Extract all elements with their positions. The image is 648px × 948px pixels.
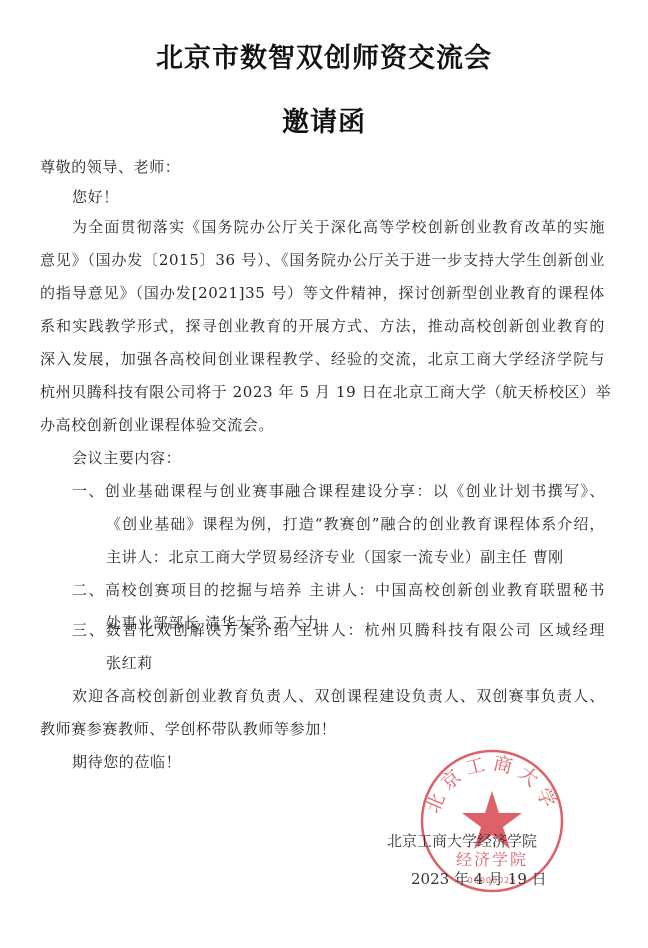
agenda-line: 《创业基础》课程为例，打造“教赛创”融合的创业教育课程体系介绍， xyxy=(106,514,605,534)
agenda-heading: 会议主要内容： xyxy=(72,448,637,468)
agenda-line: 二、高校创赛项目的挖掘与培养 主讲人：中国高校创新创业教育联盟秘书 xyxy=(72,580,605,600)
intro-line: 系和实践教学形式，探寻创业教育的开展方式、方法，推动高校创新创业教育的 xyxy=(40,316,605,336)
signature-date: 2023 年 4 月 19 日 xyxy=(411,869,547,889)
signature-org: 北京工商大学经济学院 xyxy=(387,831,537,851)
agenda-line: 一、创业基础课程与创业赛事融合课程建设分享：以《创业计划书撰写》、 xyxy=(72,481,605,501)
intro-line: 的指导意见》（国办发[2021]35 号）等文件精神，探讨创新型创业教育的课程体 xyxy=(40,283,605,303)
welcome-line: 欢迎各高校创新创业教育负责人、双创课程建设负责人、双创赛事负责人、 xyxy=(72,686,605,706)
document-title: 北京市数智双创师资交流会 xyxy=(0,36,648,75)
document-subtitle: 邀请函 xyxy=(0,100,648,139)
agenda-line: 主讲人：北京工商大学贸易经济专业（国家一流专业）副主任 曹刚 xyxy=(106,547,648,567)
intro-line: 深入发展，加强各高校间创业课程教学、经验的交流，北京工商大学经济学院与 xyxy=(40,349,605,369)
agenda-line: 三、数智化双创解决方案介绍 主讲人：杭州贝腾科技有限公司 区域经理 xyxy=(72,620,605,640)
intro-line: 意见》（国办发〔2015〕36 号）、《国务院办公厅关于进一步支持大学生创新创业 xyxy=(40,250,605,270)
agenda-line: 张红莉 xyxy=(106,653,648,673)
intro-line: 为全面贯彻落实《国务院办公厅关于深化高等学校创新创业教育改革的实施 xyxy=(72,217,605,237)
salutation: 尊敬的领导、老师： xyxy=(40,157,605,177)
greeting: 您好！ xyxy=(72,187,637,207)
svg-text:经济学院: 经济学院 xyxy=(456,850,528,869)
intro-line: 办高校创新创业课程体验交流会。 xyxy=(40,415,605,435)
welcome-line: 教师赛参赛教师、学创杯带队教师等参加！ xyxy=(40,719,605,739)
intro-line: 杭州贝腾科技有限公司将于 2023 年 5 月 19 日在北京工商大学（航天桥校… xyxy=(40,382,605,402)
